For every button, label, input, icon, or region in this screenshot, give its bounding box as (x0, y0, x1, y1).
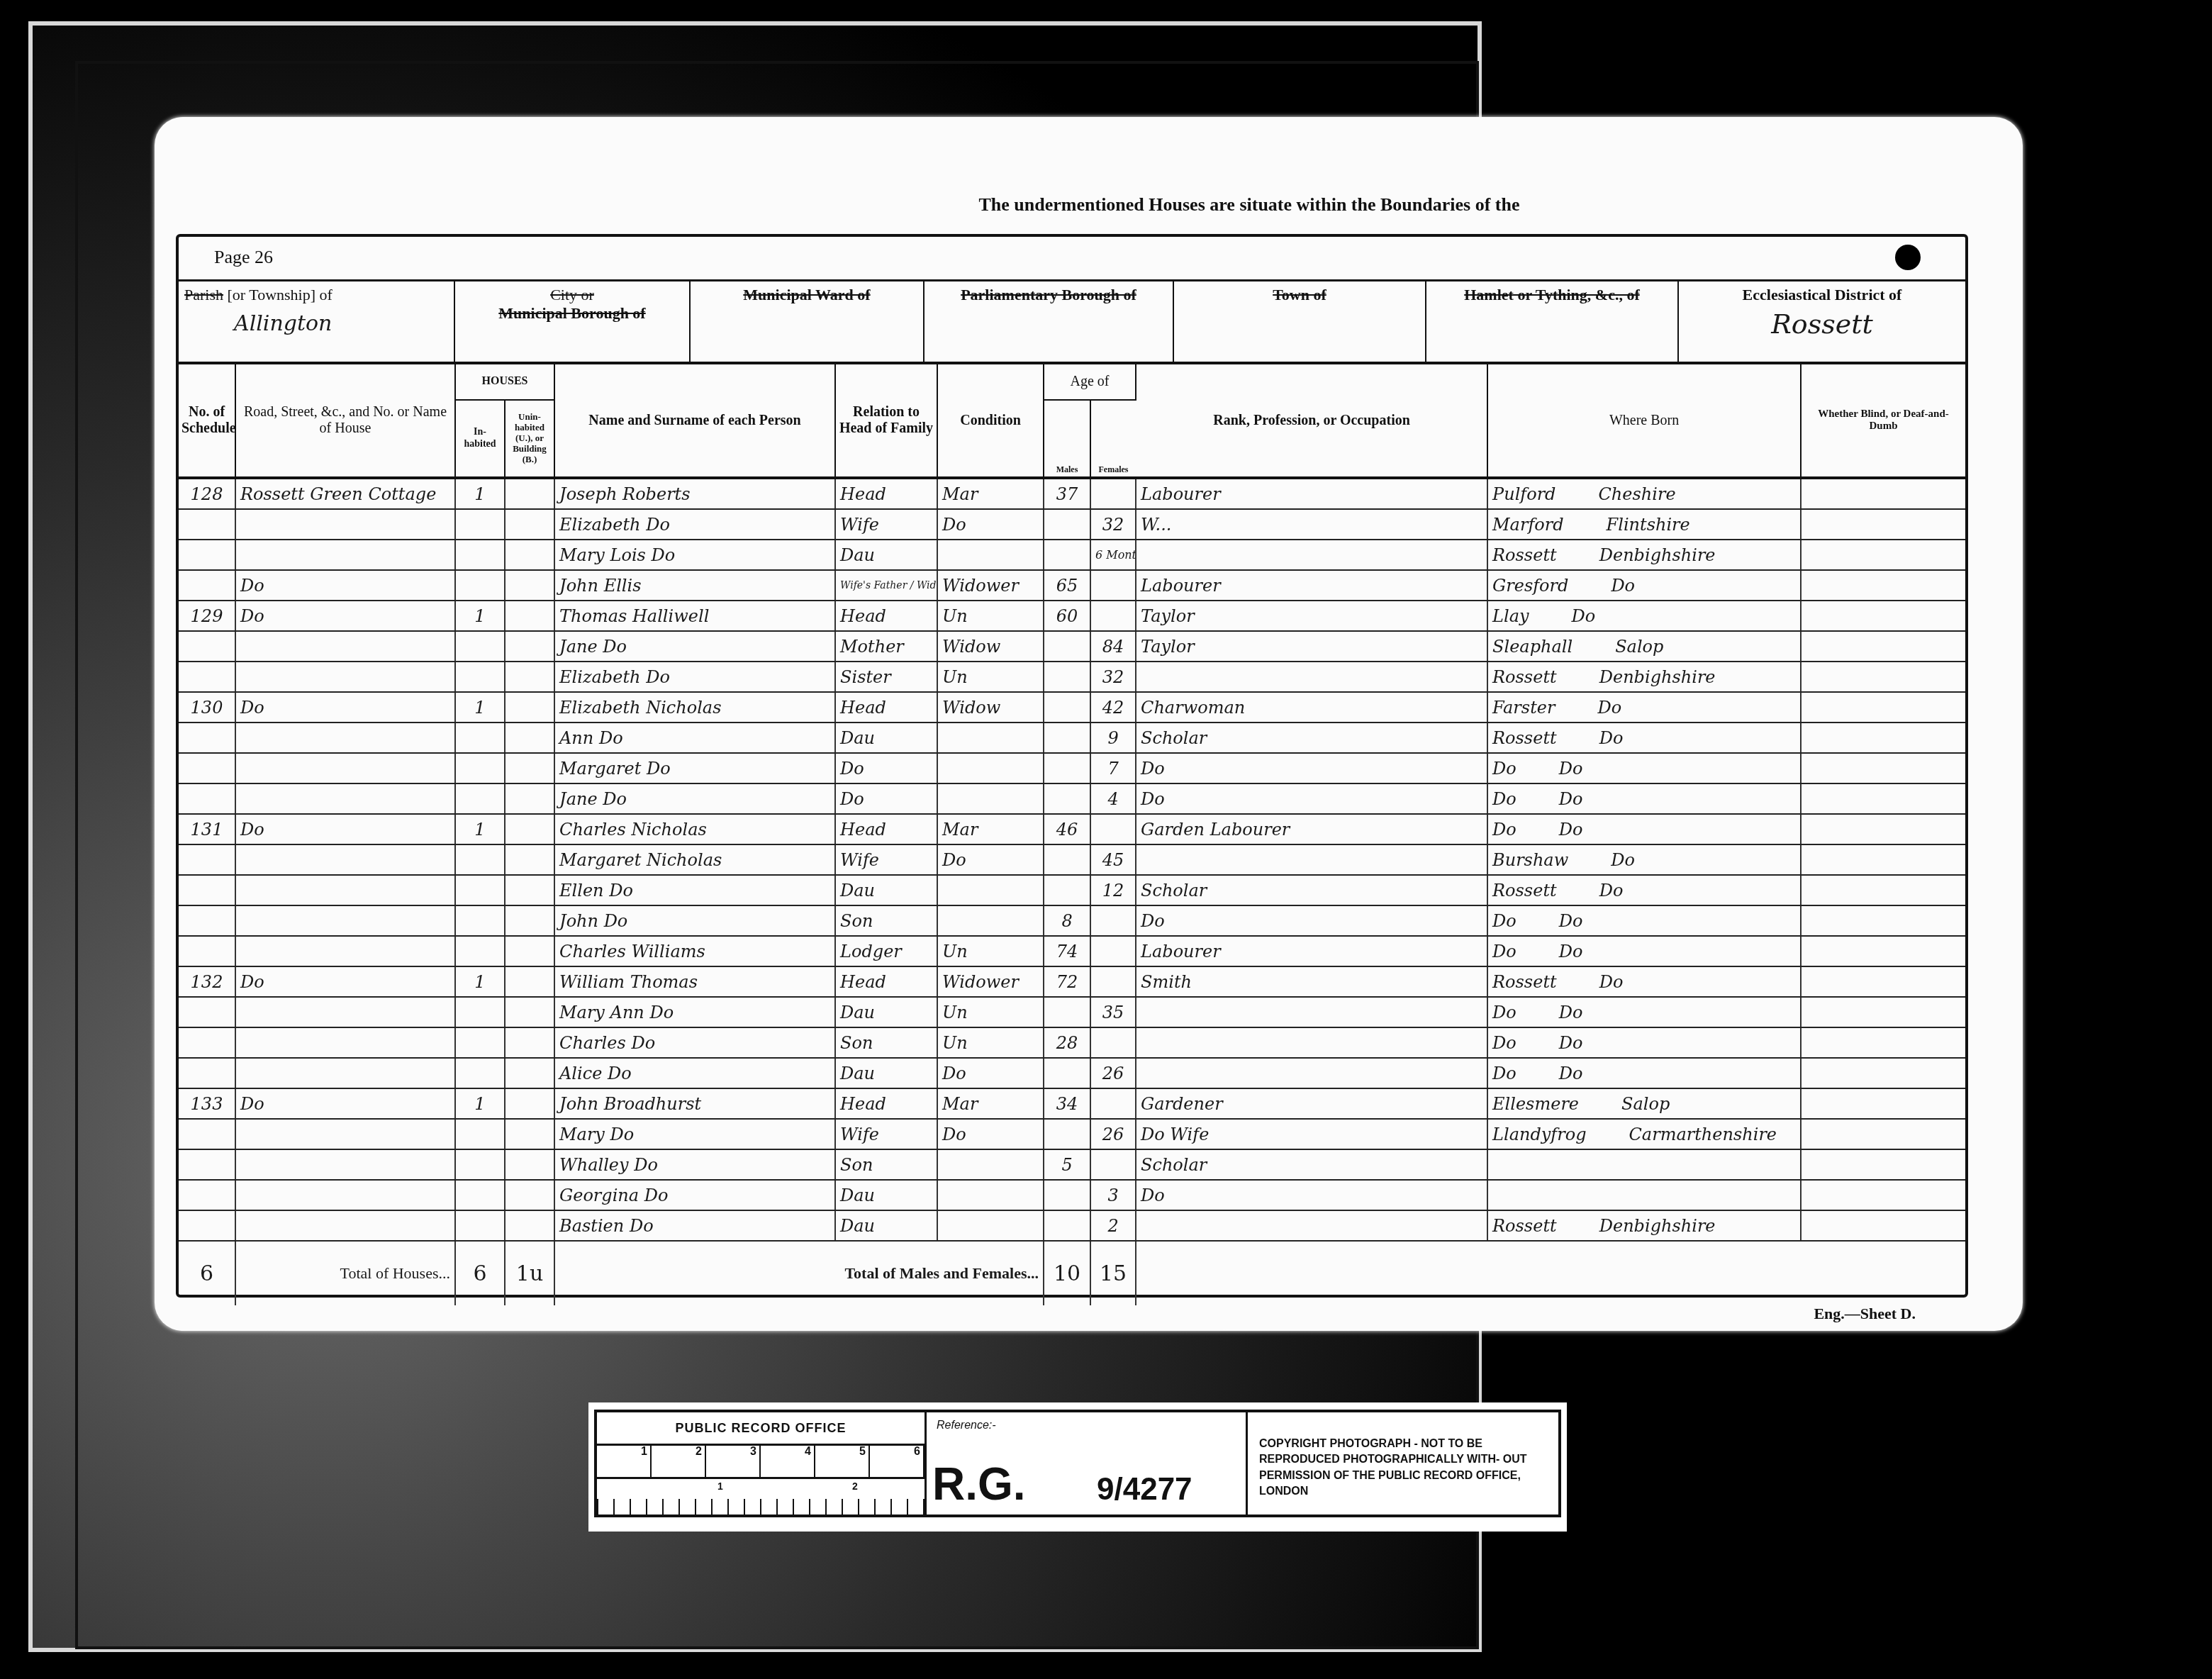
birth-county: Denbighshire (1599, 545, 1716, 565)
marital-condition (937, 753, 1044, 783)
female-age: 42 (1090, 692, 1136, 723)
ecclesiastical-district-label: Ecclesiastical District of (1685, 286, 1960, 304)
schedule-number (179, 905, 235, 936)
table-row: 128Rossett Green Cottage1Joseph RobertsH… (179, 478, 1965, 509)
person-name: Alice Do (554, 1058, 835, 1088)
blind-deaf (1801, 753, 1965, 783)
inhabited-count (455, 509, 505, 540)
table-row: Mary DoWifeDo26Do WifeLlandyfrogCarmarth… (179, 1119, 1965, 1149)
totals-blank (1136, 1241, 1965, 1305)
marital-condition (937, 783, 1044, 814)
inhabited-count (455, 844, 505, 875)
birth-county: Do (1559, 1003, 1583, 1022)
person-name: Whalley Do (554, 1149, 835, 1180)
occupation: Do (1136, 753, 1487, 783)
uninhabited-count (505, 509, 554, 540)
marital-condition: Do (937, 1058, 1044, 1088)
relation-to-head: Dau (835, 540, 937, 570)
birth-place: Do (1492, 1064, 1516, 1083)
inhabited-count: 1 (455, 966, 505, 997)
totals-row: 6 Total of Houses... 6 1u Total of Males… (179, 1241, 1965, 1305)
road-name (235, 844, 455, 875)
marital-condition: Do (937, 509, 1044, 540)
person-name: John Broadhurst (554, 1088, 835, 1119)
inhabited-count (455, 1119, 505, 1149)
inhabited-count (455, 1210, 505, 1241)
male-age: 46 (1044, 814, 1090, 844)
table-row: Elizabeth DoWifeDo32W...MarfordFlintshir… (179, 509, 1965, 540)
birth-place: Do (1492, 1033, 1516, 1053)
uninhabited-count (505, 1210, 554, 1241)
table-row: Margaret DoDo7DoDoDo (179, 753, 1965, 783)
birth-place: Rossett (1492, 1216, 1557, 1236)
schedule-table: No. of Schedule Road, Street, &c., and N… (179, 364, 1965, 1305)
uninhabited-count (505, 936, 554, 966)
inhabited-count (455, 905, 505, 936)
birth-county: Do (1597, 698, 1621, 718)
col-condition: Condition (937, 364, 1044, 478)
blind-deaf (1801, 601, 1965, 631)
blind-deaf (1801, 1088, 1965, 1119)
person-name: Jane Do (554, 783, 835, 814)
marital-condition: Widower (937, 570, 1044, 601)
marital-condition: Mar (937, 478, 1044, 509)
birthplace: PulfordCheshire (1487, 478, 1801, 509)
uninhabited-count (505, 844, 554, 875)
occupation: W... (1136, 509, 1487, 540)
birth-county: Do (1599, 728, 1624, 748)
uninhabited-count (505, 631, 554, 662)
schedule-number (179, 509, 235, 540)
table-row: Mary Ann DoDauUn35DoDo (179, 997, 1965, 1027)
road-name: Do (235, 692, 455, 723)
table-row: Ann DoDau9ScholarRossettDo (179, 723, 1965, 753)
birthplace: RossettDenbighshire (1487, 662, 1801, 692)
schedule-number (179, 540, 235, 570)
relation-to-head: Head (835, 1088, 937, 1119)
occupation: Labourer (1136, 478, 1487, 509)
birth-county: Denbighshire (1599, 667, 1716, 687)
ink-blot (1895, 245, 1921, 270)
blind-deaf (1801, 1027, 1965, 1058)
relation-to-head: Do (835, 753, 937, 783)
birth-county: Do (1559, 942, 1583, 961)
birthplace: DoDo (1487, 1027, 1801, 1058)
inhabited-count: 1 (455, 692, 505, 723)
ruler-mark: 1 (597, 1446, 652, 1477)
road-name (235, 1119, 455, 1149)
birth-place: Do (1492, 789, 1516, 809)
female-age (1090, 1088, 1136, 1119)
inhabited-count (455, 753, 505, 783)
birth-county: Do (1559, 820, 1583, 839)
person-name: Margaret Do (554, 753, 835, 783)
male-age: 72 (1044, 966, 1090, 997)
marital-condition: Do (937, 844, 1044, 875)
birthplace: DoDo (1487, 905, 1801, 936)
relation-to-head: Dau (835, 1058, 937, 1088)
relation-to-head: Wife (835, 509, 937, 540)
uninhabited-count (505, 966, 554, 997)
blind-deaf (1801, 1058, 1965, 1088)
male-age (1044, 997, 1090, 1027)
person-name: Ellen Do (554, 875, 835, 905)
schedule-number: 133 (179, 1088, 235, 1119)
total-females: 15 (1090, 1241, 1136, 1305)
female-age: 7 (1090, 753, 1136, 783)
table-row: Jane DoDo4DoDoDo (179, 783, 1965, 814)
occupation (1136, 662, 1487, 692)
female-age: 3 (1090, 1180, 1136, 1210)
birthplace: SleaphallSalop (1487, 631, 1801, 662)
parish-value: Allington (234, 311, 448, 336)
road-name (235, 1180, 455, 1210)
birthplace: RossettDo (1487, 723, 1801, 753)
male-age (1044, 540, 1090, 570)
uninhabited-count (505, 601, 554, 631)
birth-county: Salop (1615, 637, 1663, 657)
inhabited-count (455, 1180, 505, 1210)
blind-deaf (1801, 478, 1965, 509)
table-row: Ellen DoDau12ScholarRossettDo (179, 875, 1965, 905)
schedule-number (179, 753, 235, 783)
birth-place: Farster (1492, 698, 1555, 718)
blind-deaf (1801, 783, 1965, 814)
inhabited-count: 1 (455, 601, 505, 631)
reference-panel: Reference:- R.G. 9/4277 (927, 1412, 1248, 1515)
occupation: Do Wife (1136, 1119, 1487, 1149)
blind-deaf (1801, 723, 1965, 753)
uninhabited-count (505, 1149, 554, 1180)
ruler-top: 1 2 3 4 5 6 (597, 1446, 925, 1479)
relation-to-head: Mother (835, 631, 937, 662)
male-age: 60 (1044, 601, 1090, 631)
road-name (235, 875, 455, 905)
table-row: 129Do1Thomas HalliwellHeadUn60TaylorLlay… (179, 601, 1965, 631)
table-row: Charles WilliamsLodgerUn74LabourerDoDo (179, 936, 1965, 966)
col-road: Road, Street, &c., and No. or Name of Ho… (235, 364, 455, 478)
boundaries-row: Parish [or Township] of Allington City o… (179, 279, 1965, 364)
scale-ruler-panel: PUBLIC RECORD OFFICE 1 2 3 4 5 6 1 2 (597, 1412, 927, 1515)
boundary-municipal-borough: City or Municipal Borough of (455, 281, 691, 362)
birth-place: Burshaw (1492, 850, 1568, 870)
blind-deaf (1801, 814, 1965, 844)
road-name (235, 540, 455, 570)
parliamentary-borough-label: Parliamentary Borough of (961, 286, 1136, 303)
uninhabited-count (505, 478, 554, 509)
schedule-number (179, 1149, 235, 1180)
birthplace: RossettDenbighshire (1487, 1210, 1801, 1241)
marital-condition: Mar (937, 814, 1044, 844)
inhabited-count (455, 570, 505, 601)
marital-condition: Un (937, 1027, 1044, 1058)
male-age (1044, 662, 1090, 692)
person-name: John Do (554, 905, 835, 936)
ruler-mark: 5 (815, 1446, 870, 1477)
female-age: 45 (1090, 844, 1136, 875)
record-office-title: PUBLIC RECORD OFFICE (597, 1412, 925, 1446)
birthplace: BurshawDo (1487, 844, 1801, 875)
schedule-number: 132 (179, 966, 235, 997)
female-age (1090, 814, 1136, 844)
schedule-number: 130 (179, 692, 235, 723)
road-name (235, 783, 455, 814)
boundary-hamlet: Hamlet or Tything, &c., of (1426, 281, 1679, 362)
col-inhabited: In-habited (455, 400, 505, 478)
schedule-number: 131 (179, 814, 235, 844)
birth-place: Sleaphall (1492, 637, 1573, 657)
inhabited-count (455, 540, 505, 570)
table-row: Jane DoMotherWidow84TaylorSleaphallSalop (179, 631, 1965, 662)
table-row: DoJohn EllisWife's Father / WidowerWidow… (179, 570, 1965, 601)
male-age (1044, 783, 1090, 814)
schedule-number (179, 1058, 235, 1088)
boundary-parliamentary-borough: Parliamentary Borough of (925, 281, 1174, 362)
relation-to-head: Head (835, 478, 937, 509)
col-females: Females (1090, 400, 1136, 478)
occupation (1136, 1027, 1487, 1058)
person-name: Mary Ann Do (554, 997, 835, 1027)
birthplace: FarsterDo (1487, 692, 1801, 723)
person-name: William Thomas (554, 966, 835, 997)
ruler-inch-mark: 1 (717, 1480, 723, 1492)
male-age: 74 (1044, 936, 1090, 966)
road-name (235, 753, 455, 783)
uninhabited-count (505, 814, 554, 844)
occupation: Taylor (1136, 601, 1487, 631)
occupation (1136, 540, 1487, 570)
birth-county: Do (1611, 850, 1635, 870)
female-age (1090, 966, 1136, 997)
boundary-municipal-ward: Municipal Ward of (691, 281, 925, 362)
person-name: John Ellis (554, 570, 835, 601)
relation-to-head: Head (835, 814, 937, 844)
blind-deaf (1801, 631, 1965, 662)
birthplace: RossettDo (1487, 966, 1801, 997)
municipal-ward-label: Municipal Ward of (743, 286, 870, 303)
schedule-number (179, 875, 235, 905)
birth-county: Do (1599, 972, 1624, 992)
male-age: 37 (1044, 478, 1090, 509)
col-age: Age of (1044, 364, 1136, 400)
col-schedule: No. of Schedule (179, 364, 235, 478)
blind-deaf (1801, 540, 1965, 570)
blind-deaf (1801, 875, 1965, 905)
birth-place: Do (1492, 911, 1516, 931)
town-label: Town of (1273, 286, 1326, 303)
female-age (1090, 1149, 1136, 1180)
birthplace: DoDo (1487, 1058, 1801, 1088)
birth-place: Pulford (1492, 484, 1555, 504)
person-name: Elizabeth Nicholas (554, 692, 835, 723)
female-age: 35 (1090, 997, 1136, 1027)
marital-condition: Un (937, 601, 1044, 631)
road-name (235, 1027, 455, 1058)
inhabited-count (455, 875, 505, 905)
relation-to-head: Son (835, 1149, 937, 1180)
uninhabited-count (505, 692, 554, 723)
ruler-mark: 4 (761, 1446, 815, 1477)
ecclesiastical-district-value: Rossett (1685, 308, 1960, 340)
birth-place: Rossett (1492, 667, 1557, 687)
schedule-number (179, 1119, 235, 1149)
blind-deaf (1801, 905, 1965, 936)
table-row: Bastien DoDau2RossettDenbighshire (179, 1210, 1965, 1241)
uninhabited-count (505, 875, 554, 905)
birthplace (1487, 1180, 1801, 1210)
birth-county: Do (1559, 759, 1583, 779)
table-row: Charles DoSonUn28DoDo (179, 1027, 1965, 1058)
inhabited-count: 1 (455, 814, 505, 844)
blind-deaf (1801, 997, 1965, 1027)
uninhabited-count (505, 662, 554, 692)
person-name: Mary Do (554, 1119, 835, 1149)
birthplace (1487, 1149, 1801, 1180)
person-name: Jane Do (554, 631, 835, 662)
schedule-number (179, 936, 235, 966)
female-age (1090, 936, 1136, 966)
person-name: Thomas Halliwell (554, 601, 835, 631)
person-name: Joseph Roberts (554, 478, 835, 509)
marital-condition (937, 540, 1044, 570)
occupation: Charwoman (1136, 692, 1487, 723)
census-page: The undermentioned Houses are situate wi… (155, 117, 2023, 1331)
person-name: Margaret Nicholas (554, 844, 835, 875)
blind-deaf (1801, 1180, 1965, 1210)
road-name (235, 1210, 455, 1241)
census-form: The undermentioned Houses are situate wi… (176, 234, 1968, 1298)
birthplace: MarfordFlintshire (1487, 509, 1801, 540)
birth-place: Rossett (1492, 881, 1557, 900)
female-age (1090, 478, 1136, 509)
male-age (1044, 1180, 1090, 1210)
occupation (1136, 997, 1487, 1027)
male-age (1044, 1210, 1090, 1241)
marital-condition: Mar (937, 1088, 1044, 1119)
schedule-number (179, 783, 235, 814)
schedule-number (179, 844, 235, 875)
female-age: 26 (1090, 1119, 1136, 1149)
birth-place: Rossett (1492, 972, 1557, 992)
col-males: Males (1044, 400, 1090, 478)
uninhabited-count (505, 1088, 554, 1119)
birth-place: Do (1492, 942, 1516, 961)
inhabited-count: 1 (455, 1088, 505, 1119)
occupation: Labourer (1136, 936, 1487, 966)
birth-place: Ellesmere (1492, 1094, 1579, 1114)
marital-condition (937, 1180, 1044, 1210)
schedule-number (179, 570, 235, 601)
uninhabited-count (505, 997, 554, 1027)
total-males: 10 (1044, 1241, 1090, 1305)
road-name: Do (235, 814, 455, 844)
female-age (1090, 905, 1136, 936)
male-age (1044, 844, 1090, 875)
boundary-parish: Parish [or Township] of Allington (179, 281, 455, 362)
marital-condition: Un (937, 662, 1044, 692)
road-name (235, 662, 455, 692)
table-row: 130Do1Elizabeth NicholasHeadWidow42Charw… (179, 692, 1965, 723)
inhabited-count (455, 631, 505, 662)
total-uninhabited: 1u (505, 1241, 554, 1305)
road-name: Do (235, 570, 455, 601)
male-age (1044, 753, 1090, 783)
birth-county: Do (1599, 881, 1624, 900)
male-age: 65 (1044, 570, 1090, 601)
uninhabited-count (505, 1180, 554, 1210)
marital-condition: Do (937, 1119, 1044, 1149)
col-where-born: Where Born (1487, 364, 1801, 478)
occupation: Gardener (1136, 1088, 1487, 1119)
table-row: 131Do1Charles NicholasHeadMar46Garden La… (179, 814, 1965, 844)
relation-to-head: Wife (835, 844, 937, 875)
birth-place: Do (1492, 820, 1516, 839)
female-age: 32 (1090, 662, 1136, 692)
schedule-number (179, 1027, 235, 1058)
parish-struck-label: Parish (184, 286, 223, 303)
road-name (235, 905, 455, 936)
total-persons-label: Total of Males and Females... (554, 1241, 1044, 1305)
marital-condition (937, 875, 1044, 905)
uninhabited-count (505, 1119, 554, 1149)
city-or-label: City or (461, 286, 683, 304)
birth-county: Denbighshire (1599, 1216, 1716, 1236)
inhabited-count (455, 783, 505, 814)
birthplace: LlandyfrogCarmarthenshire (1487, 1119, 1801, 1149)
birth-place: Llandyfrog (1492, 1125, 1586, 1144)
table-row: 132Do1William ThomasHeadWidower72SmithRo… (179, 966, 1965, 997)
relation-to-head: Sister (835, 662, 937, 692)
table-row: John DoSon8DoDoDo (179, 905, 1965, 936)
ruler-bottom: 1 2 (597, 1479, 925, 1515)
person-name: Georgina Do (554, 1180, 835, 1210)
road-name (235, 936, 455, 966)
blind-deaf (1801, 509, 1965, 540)
occupation: Scholar (1136, 1149, 1487, 1180)
occupation: Scholar (1136, 723, 1487, 753)
marital-condition: Un (937, 936, 1044, 966)
relation-to-head: Do (835, 783, 937, 814)
marital-condition: Widow (937, 692, 1044, 723)
occupation: Do (1136, 1180, 1487, 1210)
schedule-number (179, 1210, 235, 1241)
female-age: 12 (1090, 875, 1136, 905)
blind-deaf (1801, 662, 1965, 692)
hamlet-label: Hamlet or Tything, &c., of (1464, 286, 1639, 303)
birthplace: DoDo (1487, 783, 1801, 814)
birth-place: Do (1492, 759, 1516, 779)
uninhabited-count (505, 753, 554, 783)
birth-county: Carmarthenshire (1629, 1125, 1777, 1144)
reference-caption: Reference:- (937, 1419, 996, 1432)
relation-to-head: Wife's Father / Widower (835, 570, 937, 601)
uninhabited-count (505, 723, 554, 753)
relation-to-head: Dau (835, 1180, 937, 1210)
male-age: 28 (1044, 1027, 1090, 1058)
relation-to-head: Dau (835, 997, 937, 1027)
marital-condition (937, 1149, 1044, 1180)
birth-county: Do (1559, 911, 1583, 931)
birth-county: Cheshire (1598, 484, 1675, 504)
blind-deaf (1801, 1149, 1965, 1180)
birthplace: DoDo (1487, 814, 1801, 844)
uninhabited-count (505, 1058, 554, 1088)
inhabited-count (455, 1058, 505, 1088)
schedule-number (179, 631, 235, 662)
birthplace: DoDo (1487, 997, 1801, 1027)
person-name: Elizabeth Do (554, 662, 835, 692)
person-name: Bastien Do (554, 1210, 835, 1241)
